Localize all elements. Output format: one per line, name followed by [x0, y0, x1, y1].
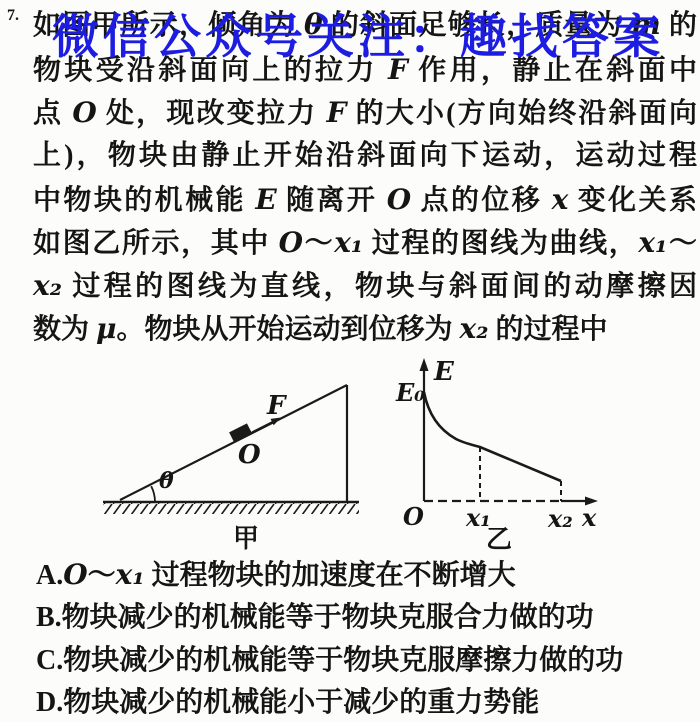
question-number: 7. [7, 7, 19, 25]
x2-tick-label: x₂ [548, 507, 573, 531]
incline-drawing [95, 372, 375, 522]
option-b: B.物块减少的机械能等于物块克服合力做的功 [36, 601, 696, 639]
force-arrow-shaft [252, 421, 274, 432]
option-a: A.O～x₁ 过程物块的加速度在不断增大 [36, 558, 696, 596]
figure-graph: E E₀ O x₁ x₂ x 乙 [390, 355, 620, 551]
angle-arc [151, 486, 155, 502]
y-axis-label: E [434, 359, 454, 385]
problem-line-3: 点 O 处，现改变拉力 F 的大小(方向始终沿斜面向 [33, 95, 697, 135]
figure-incline: F O θ 甲 [95, 372, 375, 548]
ground-hatching [103, 503, 359, 514]
problem-line-5: 中物块的机械能 E 随离开 O 点的位移 x 变化关系 [33, 182, 697, 222]
watermark-text: 微信公众号关注：趣找答案 [52, 13, 664, 60]
e0-label: E₀ [396, 381, 425, 405]
figure2-caption: 乙 [486, 519, 512, 556]
problem-line-8: 数为 μ。物块从开始运动到位移为 x₂ 的过程中 [33, 311, 697, 351]
energy-curve [424, 392, 561, 481]
option-d: D.物块减少的机械能小于减少的重力势能 [36, 686, 696, 722]
y-axis-arrow [420, 358, 429, 371]
figure1-caption: 甲 [233, 518, 259, 555]
problem-line-7: x₂ 过程的图线为直线，物块与斜面间的动摩擦因 [33, 268, 697, 308]
origin-label: O [403, 505, 424, 529]
problem-line-4: 上)，物块由静止开始沿斜面向下运动，运动过程 [33, 138, 697, 178]
angle-theta-label: θ [159, 470, 174, 492]
incline-surface [120, 385, 347, 500]
force-label: F [267, 393, 285, 419]
x-axis-label: x [582, 506, 596, 530]
option-c: C.物块减少的机械能等于物块克服摩擦力做的功 [36, 644, 696, 682]
problem-line-6: 如图乙所示，其中 O～x₁ 过程的图线为曲线，x₁～ [33, 225, 697, 265]
point-o-label: O [238, 442, 261, 468]
